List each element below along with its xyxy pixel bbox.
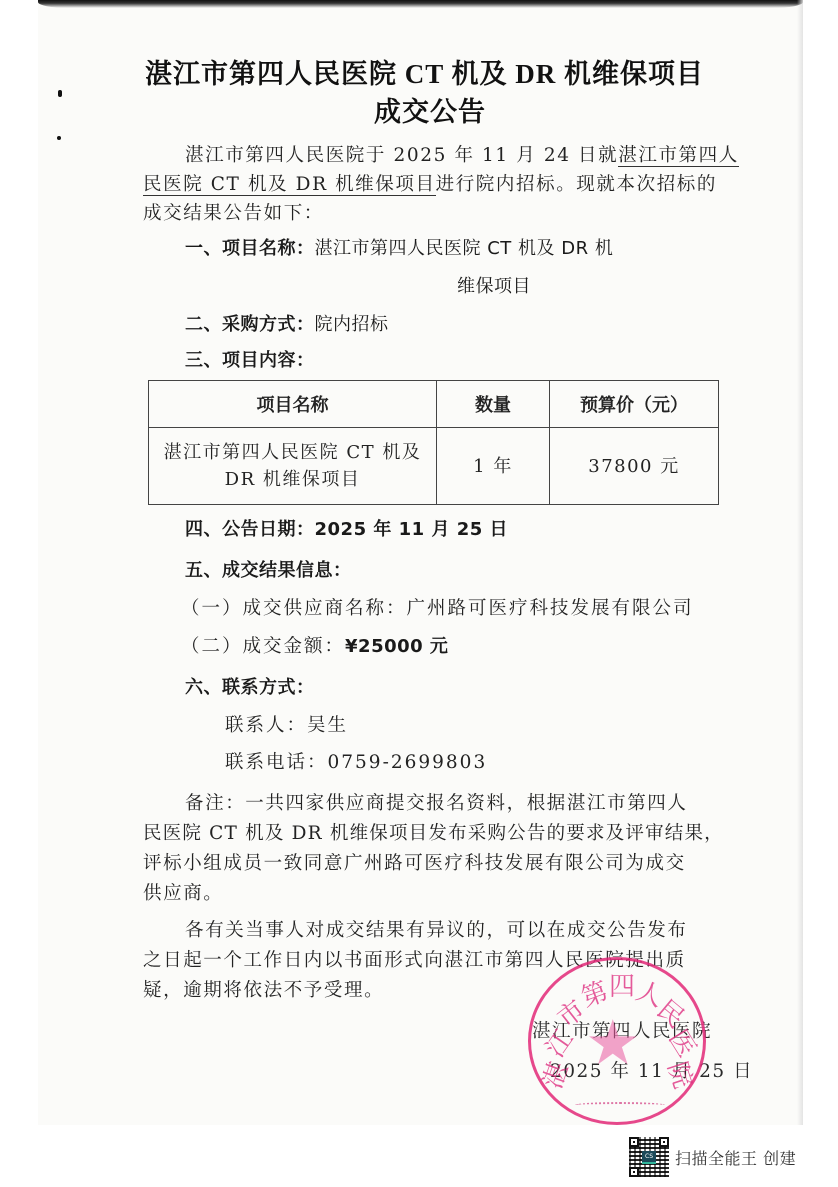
contact-person: 联系人：吴生 [225, 711, 348, 737]
official-seal: ★ 湛 江 市 第 四 人 民 医 院 [528, 957, 706, 1125]
qr-code-icon: CS [629, 1137, 669, 1177]
cell-budget: 37800 元 [550, 428, 719, 505]
document-subtitle: 成交公告 [374, 90, 486, 129]
cell-quantity: 1 年 [437, 428, 550, 505]
remark-line-2: 民医院 CT 机及 DR 机维保项目发布采购公告的要求及评审结果， [143, 819, 724, 845]
objection-line-1: 各有关当事人对成交结果有异议的，可以在成交公告发布 [185, 916, 688, 942]
section-label: 二、采购方式： [185, 314, 315, 335]
table-row: 湛江市第四人民医院 CT 机及 DR 机维保项目 1 年 37800 元 [149, 428, 719, 505]
remark-line-3: 评标小组成员一致同意广州路可医疗科技发展有限公司为成交 [143, 849, 686, 875]
project-name-underlined: 湛江市第四人 [618, 145, 739, 167]
intro-line-2: 民医院 CT 机及 DR 机维保项目进行院内招标。现就本次招标的 [143, 170, 717, 196]
scanner-watermark: CS 扫描全能王 创建 [629, 1137, 796, 1177]
section-value: 院内招标 [315, 314, 389, 335]
scan-edge-shadow [38, 0, 803, 8]
section-procurement-method: 二、采购方式：院内招标 [185, 310, 389, 336]
column-header-quantity: 数量 [437, 381, 550, 428]
field-value: ¥25000 元 [345, 636, 448, 657]
project-content-table: 项目名称 数量 预算价（元） 湛江市第四人民医院 CT 机及 DR 机维保项目 … [148, 380, 719, 505]
section-label: 一、项目名称： [185, 238, 315, 259]
binder-hole-mark [58, 90, 62, 97]
section-value: 湛江市第四人民医院 CT 机及 DR 机 [315, 238, 614, 259]
star-icon: ★ [585, 1012, 641, 1074]
winning-supplier: （一）成交供应商名称：广州路可医疗科技发展有限公司 [181, 594, 694, 620]
objection-line-3: 疑，逾期将依法不予受理。 [143, 976, 384, 1002]
document-title: 湛江市第四人民医院 CT 机及 DR 机维保项目 [145, 52, 704, 91]
contact-phone: 联系电话：0759-2699803 [225, 748, 487, 774]
binder-hole-mark [57, 136, 61, 140]
watermark-text: 扫描全能王 创建 [675, 1146, 796, 1169]
camscanner-logo-icon: CS [642, 1151, 656, 1164]
section-contact: 六、联系方式： [185, 673, 315, 699]
intro-line-3: 成交结果公告如下： [143, 199, 324, 225]
seal-serial-number [575, 1102, 665, 1108]
remark-line-1: 备注：一共四家供应商提交报名资料，根据湛江市第四人 [185, 789, 688, 815]
scan-edge-shade [797, 0, 803, 1125]
cell-project-name: 湛江市第四人民医院 CT 机及 DR 机维保项目 [149, 428, 437, 505]
column-header-budget: 预算价（元） [550, 381, 719, 428]
column-header-project-name: 项目名称 [149, 381, 437, 428]
section-project-name: 一、项目名称：湛江市第四人民医院 CT 机及 DR 机 [185, 234, 613, 260]
scanned-page: 湛江市第四人民医院 CT 机及 DR 机维保项目 成交公告 湛江市第四人民医院于… [38, 0, 803, 1125]
section-label: 四、公告日期： [185, 519, 315, 540]
section-announcement-date: 四、公告日期：2025 年 11 月 25 日 [185, 515, 508, 541]
table-header-row: 项目名称 数量 预算价（元） [149, 381, 719, 428]
section-value: 2025 年 11 月 25 日 [315, 519, 509, 540]
field-label: （一）成交供应商名称： [181, 598, 407, 619]
field-value: 广州路可医疗科技发展有限公司 [407, 598, 694, 619]
section-project-content: 三、项目内容： [185, 346, 315, 372]
remark-line-4: 供应商。 [143, 879, 223, 905]
section-project-name-cont: 维保项目 [457, 272, 531, 298]
section-deal-result: 五、成交结果信息： [185, 556, 352, 582]
deal-amount: （二）成交金额：¥25000 元 [181, 632, 448, 658]
field-label: （二）成交金额： [181, 636, 345, 657]
project-name-underlined: 民医院 CT 机及 DR 机维保项目 [143, 174, 436, 196]
intro-line-1: 湛江市第四人民医院于 2025 年 11 月 24 日就湛江市第四人 [185, 141, 739, 167]
